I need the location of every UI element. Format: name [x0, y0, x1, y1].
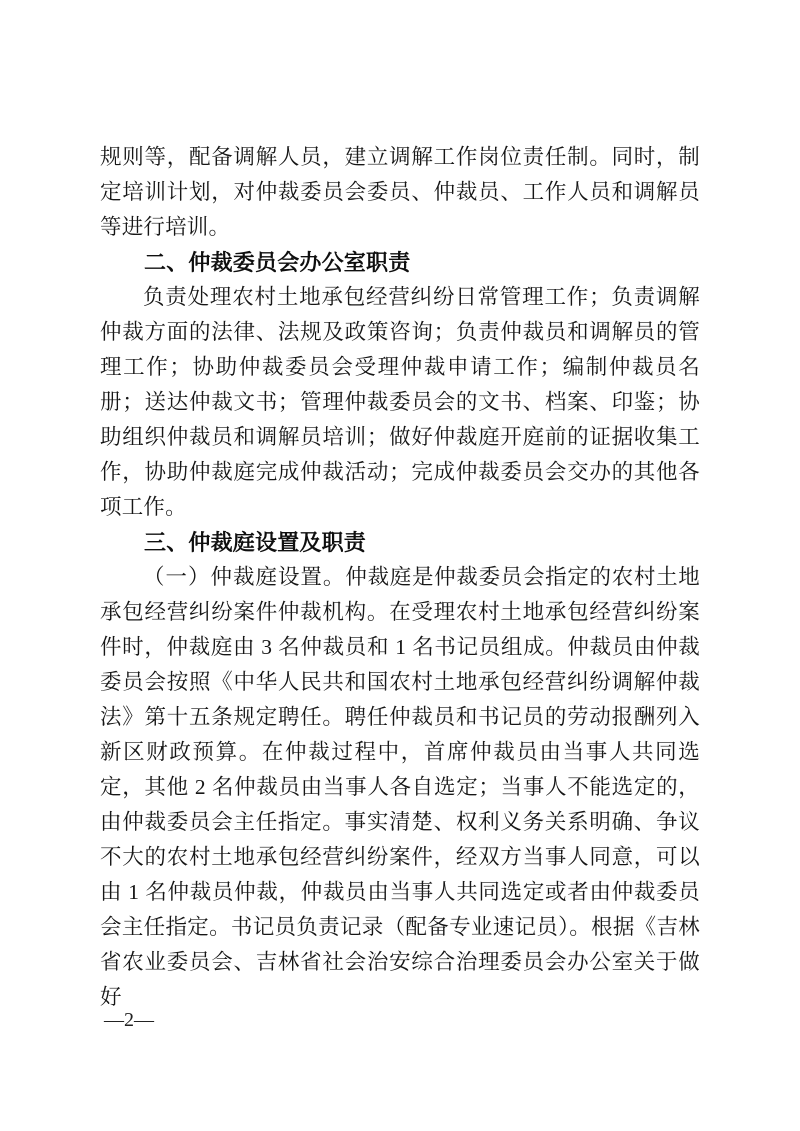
page-number: —2—: [104, 1007, 154, 1033]
paragraph-office-duties: 负责处理农村土地承包经营纠纷日常管理工作；负责调解仲裁方面的法律、法规及政策咨询…: [100, 280, 700, 525]
document-body: 规则等，配备调解人员，建立调解工作岗位责任制。同时，制定培训计划，对仲裁委员会委…: [100, 140, 700, 1015]
document-page: 规则等，配备调解人员，建立调解工作岗位责任制。同时，制定培训计划，对仲裁委员会委…: [0, 0, 800, 1131]
section-heading-office-duties: 二、仲裁委员会办公室职责: [100, 245, 700, 280]
subsection-lead-label: （一）仲裁庭设置。: [143, 565, 345, 589]
paragraph-tribunal-setup-text: 仲裁庭是仲裁委员会指定的农村土地承包经营纠纷案件仲裁机构。在受理农村土地承包经营…: [100, 565, 700, 1009]
paragraph-tribunal-setup: （一）仲裁庭设置。仲裁庭是仲裁委员会指定的农村土地承包经营纠纷案件仲裁机构。在受…: [100, 560, 700, 1015]
paragraph-continuation: 规则等，配备调解人员，建立调解工作岗位责任制。同时，制定培训计划，对仲裁委员会委…: [100, 140, 700, 245]
section-heading-tribunal-setup: 三、仲裁庭设置及职责: [100, 525, 700, 560]
